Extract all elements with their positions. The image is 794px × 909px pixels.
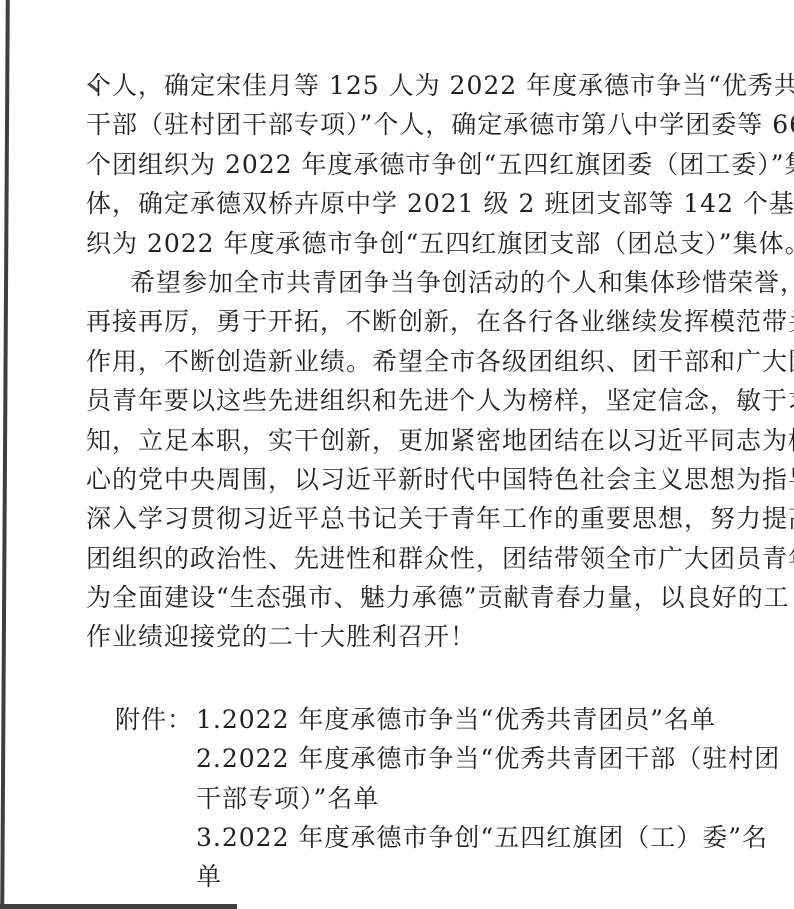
body-line: 团组织的政治性、先进性和群众性，团结带领全市广大团员青年 [86, 539, 746, 578]
attachment-item-line: 干部专项）”名单 [196, 779, 780, 818]
body-line: 作业绩迎接党的二十大胜利召开！ [86, 617, 746, 656]
body-line: 体，确定承德双桥卉原中学 2021 级 2 班团支部等 142 个基层团组 [86, 184, 746, 223]
body-line: 作用，不断创造新业绩。希望全市各级团组织、团干部和广大团 [86, 342, 746, 381]
attachment-item-line: 2.2022 年度承德市争当“优秀共青团干部（驻村团 [196, 739, 780, 778]
attachment-item-line: 3.2022 年度承德市争创“五四红旗团（工）委”名 [196, 818, 780, 857]
body-line: 心的党中央周围，以习近平新时代中国特色社会主义思想为指导， [86, 460, 746, 499]
attachment-block: 附件： 1.2022 年度承德市争当“优秀共青团员”名单 2.2022 年度承德… [115, 700, 780, 896]
scan-bottom-edge-line [0, 904, 237, 909]
body-line: 再接再厉，勇于开拓，不断创新，在各行各业继续发挥模范带头 [86, 302, 746, 341]
body-line: 员青年要以这些先进组织和先进个人为榜样，坚定信念，敏于求 [86, 381, 746, 420]
body-line: 织为 2022 年度承德市争创“五四红旗团支部（团总支）”集体。 [86, 224, 746, 263]
attachment-item-line: 单 [196, 857, 780, 896]
body-line: 希望参加全市共青团争当争创活动的个人和集体珍惜荣誉， [86, 263, 746, 302]
attachment-item-line: 1.2022 年度承德市争当“优秀共青团员”名单 [196, 700, 780, 739]
scan-left-edge-line [0, 0, 10, 909]
body-line: 个团组织为 2022 年度承德市争创“五四红旗团委（团工委）”集 [86, 145, 746, 184]
body-line: 知，立足本职，实干创新，更加紧密地团结在以习近平同志为核 [86, 421, 746, 460]
document-page: 个人，确定宋佳月等 125 人为 2022 年度承德市争当“优秀共青团 干部（驻… [0, 0, 794, 909]
attachment-items: 1.2022 年度承德市争当“优秀共青团员”名单 2.2022 年度承德市争当“… [196, 700, 780, 896]
body-line: 干部（驻村团干部专项）”个人，确定承德市第八中学团委等 66 [86, 105, 746, 144]
body-line: 个人，确定宋佳月等 125 人为 2022 年度承德市争当“优秀共青团 [86, 66, 746, 105]
document-body: 个人，确定宋佳月等 125 人为 2022 年度承德市争当“优秀共青团 干部（驻… [86, 66, 746, 657]
body-line: 为全面建设“生态强市、魅力承德”贡献青春力量，以良好的工 [86, 578, 746, 617]
attachment-label: 附件： [115, 700, 196, 739]
body-line: 深入学习贯彻习近平总书记关于青年工作的重要思想，努力提高 [86, 499, 746, 538]
